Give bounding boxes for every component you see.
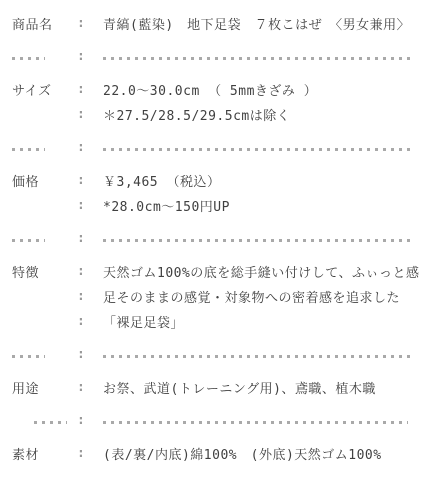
product-spec-table: 商品名 : 青縞(藍染) 地下足袋 ７枚こはぜ 〈男女兼用〉 : サイズ : 2… [0,0,437,486]
colon-separator: : [77,107,103,122]
field-value-features-line1: 天然ゴム100%の底を総手縫い付けして、ふぃっと感 [103,262,437,281]
dotted-separator: : [0,408,437,433]
field-label-product-name: 商品名 [0,14,77,33]
field-row-price-note: : *28.0cm〜150円UP [0,193,437,218]
separator-right-cell [103,140,437,155]
dotted-line-right [103,148,415,151]
field-value-size-note: ＊27.5/28.5/29.5cmは除く [103,105,437,124]
field-row-features: 特徴 : 天然ゴム100%の底を総手縫い付けして、ふぃっと感 [0,259,437,284]
field-value-size: 22.0〜30.0cm （ 5mmきざみ ） [103,80,437,99]
field-label-material: 素材 [0,444,77,463]
separator-right-cell [103,49,437,64]
dotted-separator: : [0,44,437,69]
separator-left-cell [0,140,77,155]
field-row-size: サイズ : 22.0〜30.0cm （ 5mmきざみ ） [0,77,437,102]
dotted-line-left [12,239,45,242]
field-row-price: 価格 : ￥3,465 （税込） [0,168,437,193]
dotted-line-right [103,421,408,424]
field-row-material: 素材 : (表/裏/内底)綿100% (外底)天然ゴム100% [0,441,437,466]
field-value-price: ￥3,465 （税込） [103,171,437,190]
colon-separator: : [77,380,103,395]
separator-left-cell [0,347,77,362]
field-value-usage: お祭、武道(トレーニング用)、鳶職、植木職 [103,378,437,397]
colon-separator: : [77,264,103,279]
dotted-line-left [12,148,45,151]
field-row-features-line2: : 足そのままの感覚・対象物への密着感を追求した [0,284,437,309]
colon-separator: : [77,16,103,31]
dotted-line-left [12,57,45,60]
colon-separator: : [77,231,103,246]
colon-separator: : [77,82,103,97]
field-label-features: 特徴 [0,262,77,281]
colon-separator: : [77,314,103,329]
colon-separator: : [77,289,103,304]
field-label-price: 価格 [0,171,77,190]
dotted-line-right [103,239,415,242]
colon-separator: : [77,140,103,155]
colon-separator: : [77,198,103,213]
dotted-line-right [103,57,415,60]
dotted-line-left [12,355,45,358]
field-label-size: サイズ [0,80,77,99]
dotted-line-left [34,421,67,424]
dotted-line-right [103,355,415,358]
colon-separator: : [77,413,103,428]
dotted-separator: : [0,135,437,160]
field-row-usage: 用途 : お祭、武道(トレーニング用)、鳶職、植木職 [0,375,437,400]
field-row-product-name: 商品名 : 青縞(藍染) 地下足袋 ７枚こはぜ 〈男女兼用〉 [0,11,437,36]
field-row-features-line3: : 「裸足足袋」 [0,309,437,334]
colon-separator: : [77,347,103,362]
field-label-usage: 用途 [0,378,77,397]
separator-right-cell [103,231,437,246]
field-value-price-note: *28.0cm〜150円UP [103,196,437,215]
field-value-material: (表/裏/内底)綿100% (外底)天然ゴム100% [103,444,437,463]
colon-separator: : [77,173,103,188]
separator-left-cell [0,49,77,64]
separator-left-cell [0,231,77,246]
separator-right-cell [103,347,437,362]
colon-separator: : [77,446,103,461]
dotted-separator: : [0,226,437,251]
field-value-features-line2: 足そのままの感覚・対象物への密着感を追求した [103,287,437,306]
field-value-product-name: 青縞(藍染) 地下足袋 ７枚こはぜ 〈男女兼用〉 [103,14,437,33]
field-value-features-line3: 「裸足足袋」 [103,312,437,331]
field-row-size-note: : ＊27.5/28.5/29.5cmは除く [0,102,437,127]
colon-separator: : [77,49,103,64]
separator-right-cell [103,413,437,428]
dotted-separator: : [0,342,437,367]
separator-left-cell [0,413,77,428]
